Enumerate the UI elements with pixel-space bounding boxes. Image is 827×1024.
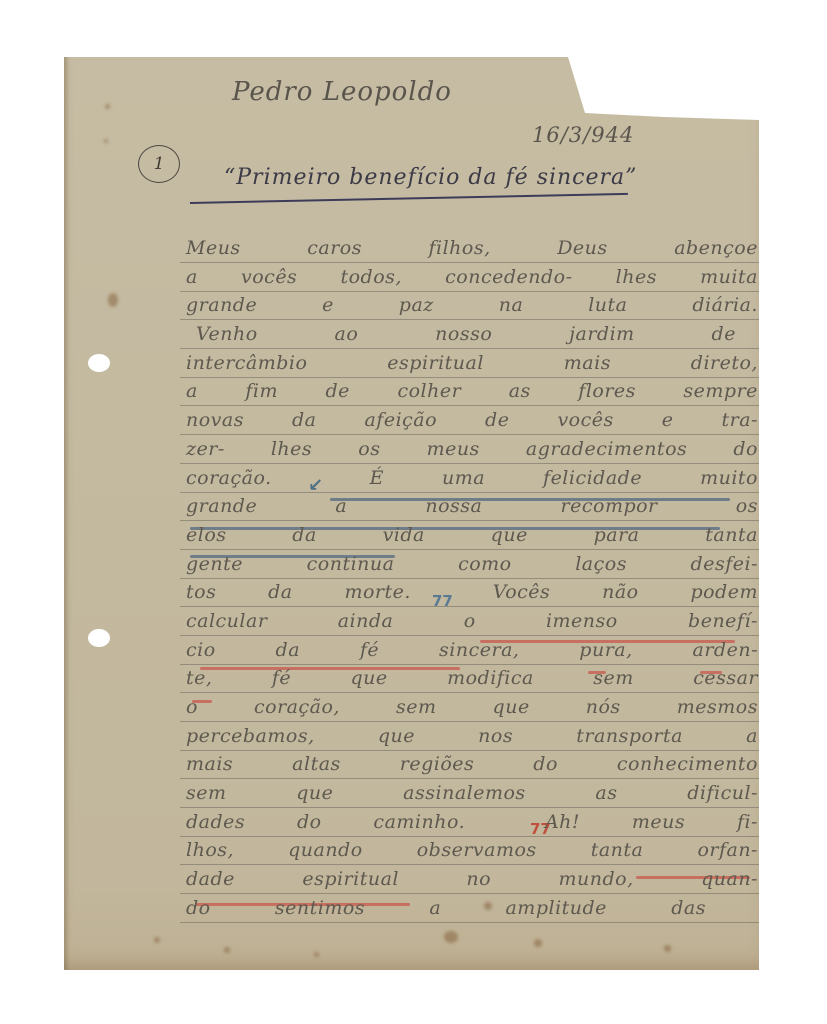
text-line: percebamos,quenostransportaa	[186, 725, 758, 747]
stain-spot	[444, 931, 458, 943]
text-line: tosdamorte.Vocêsnãopodem	[186, 581, 758, 603]
ruled-line	[180, 377, 759, 378]
text-line: te,féquemodificasemcessar	[186, 667, 758, 689]
text-line: dadesdocaminho.Ah!meusfi-	[186, 811, 758, 833]
title-underline	[190, 193, 628, 204]
document-title: “Primeiro benefício da fé sincera”	[224, 165, 637, 190]
text-line: intercâmbioespiritualmaisdireto,	[186, 352, 758, 374]
ruled-line	[180, 549, 759, 550]
text-line: elosdavidaqueparatanta	[186, 524, 758, 546]
text-line: semqueassinalemosasdificul-	[186, 782, 758, 804]
ruled-line	[180, 520, 759, 521]
ruled-line	[180, 492, 759, 493]
ruled-line	[180, 463, 759, 464]
text-line: dosentimosaamplitudedas	[186, 897, 706, 919]
stain-spot	[104, 139, 108, 143]
text-line: ciodafésincera,pura,arden-	[186, 639, 758, 661]
text-line: novasdaafeiçãodevocêsetra-	[186, 409, 758, 431]
text-line: afimdecolherasfloressempre	[186, 380, 758, 402]
location-heading: Pedro Leopoldo	[232, 77, 452, 107]
punch-hole-top	[88, 354, 110, 372]
text-line: gentecontinuacomolaçosdesfei-	[186, 553, 758, 575]
punch-hole-bottom	[88, 629, 110, 647]
text-line: calcularaindaoimensobenefí-	[186, 610, 758, 632]
ruled-line	[180, 291, 759, 292]
text-line: ocoração,semquenósmesmos	[186, 696, 758, 718]
ruled-line	[180, 692, 759, 693]
ruled-line	[180, 635, 759, 636]
ruled-line	[180, 864, 759, 865]
ruled-line	[180, 664, 759, 665]
text-line: grandeanossarecomporos	[186, 495, 758, 517]
ruled-line	[180, 262, 759, 263]
ruled-line	[180, 778, 759, 779]
ruled-line	[180, 750, 759, 751]
text-line: Meuscarosfilhos,Deusabençoe	[186, 237, 758, 259]
stain-spot	[534, 939, 542, 947]
ruled-line	[180, 434, 759, 435]
text-line: dadeespiritualnomundo,quan-	[186, 868, 758, 890]
stain-spot	[105, 104, 110, 109]
text-line: grandeepaznalutadiária.	[186, 294, 758, 316]
date: 16/3/944	[532, 123, 634, 147]
ruled-line	[180, 893, 759, 894]
text-line: zer-lhesosmeusagradecimentosdo	[186, 438, 758, 460]
text-line: lhos,quandoobservamostantaorfan-	[186, 839, 758, 861]
stain-spot	[314, 952, 319, 957]
text-line: coração.Éumafelicidademuito	[186, 467, 758, 489]
ruled-line	[180, 578, 759, 579]
page-number-circle: 1	[138, 145, 180, 183]
text-line: maisaltasregiõesdoconhecimento	[186, 753, 758, 775]
ruled-line	[180, 836, 759, 837]
ruled-line	[180, 405, 759, 406]
text-line: Venhoaonossojardimde	[196, 323, 736, 345]
paper-edge-shadow	[64, 57, 70, 970]
stain-spot	[154, 937, 160, 943]
manuscript-page: Pedro Leopoldo 1 16/3/944 “Primeiro bene…	[64, 57, 759, 970]
ruled-line	[180, 319, 759, 320]
stain-spot	[108, 293, 118, 307]
ruled-line	[180, 348, 759, 349]
stain-spot	[224, 947, 230, 953]
text-line: avocêstodos,concedendo-lhesmuita	[186, 266, 758, 288]
ruled-line	[180, 922, 759, 923]
stain-spot	[664, 945, 671, 952]
page-number: 1	[154, 154, 165, 174]
ruled-line	[180, 807, 759, 808]
ruled-line	[180, 606, 759, 607]
ruled-line	[180, 721, 759, 722]
